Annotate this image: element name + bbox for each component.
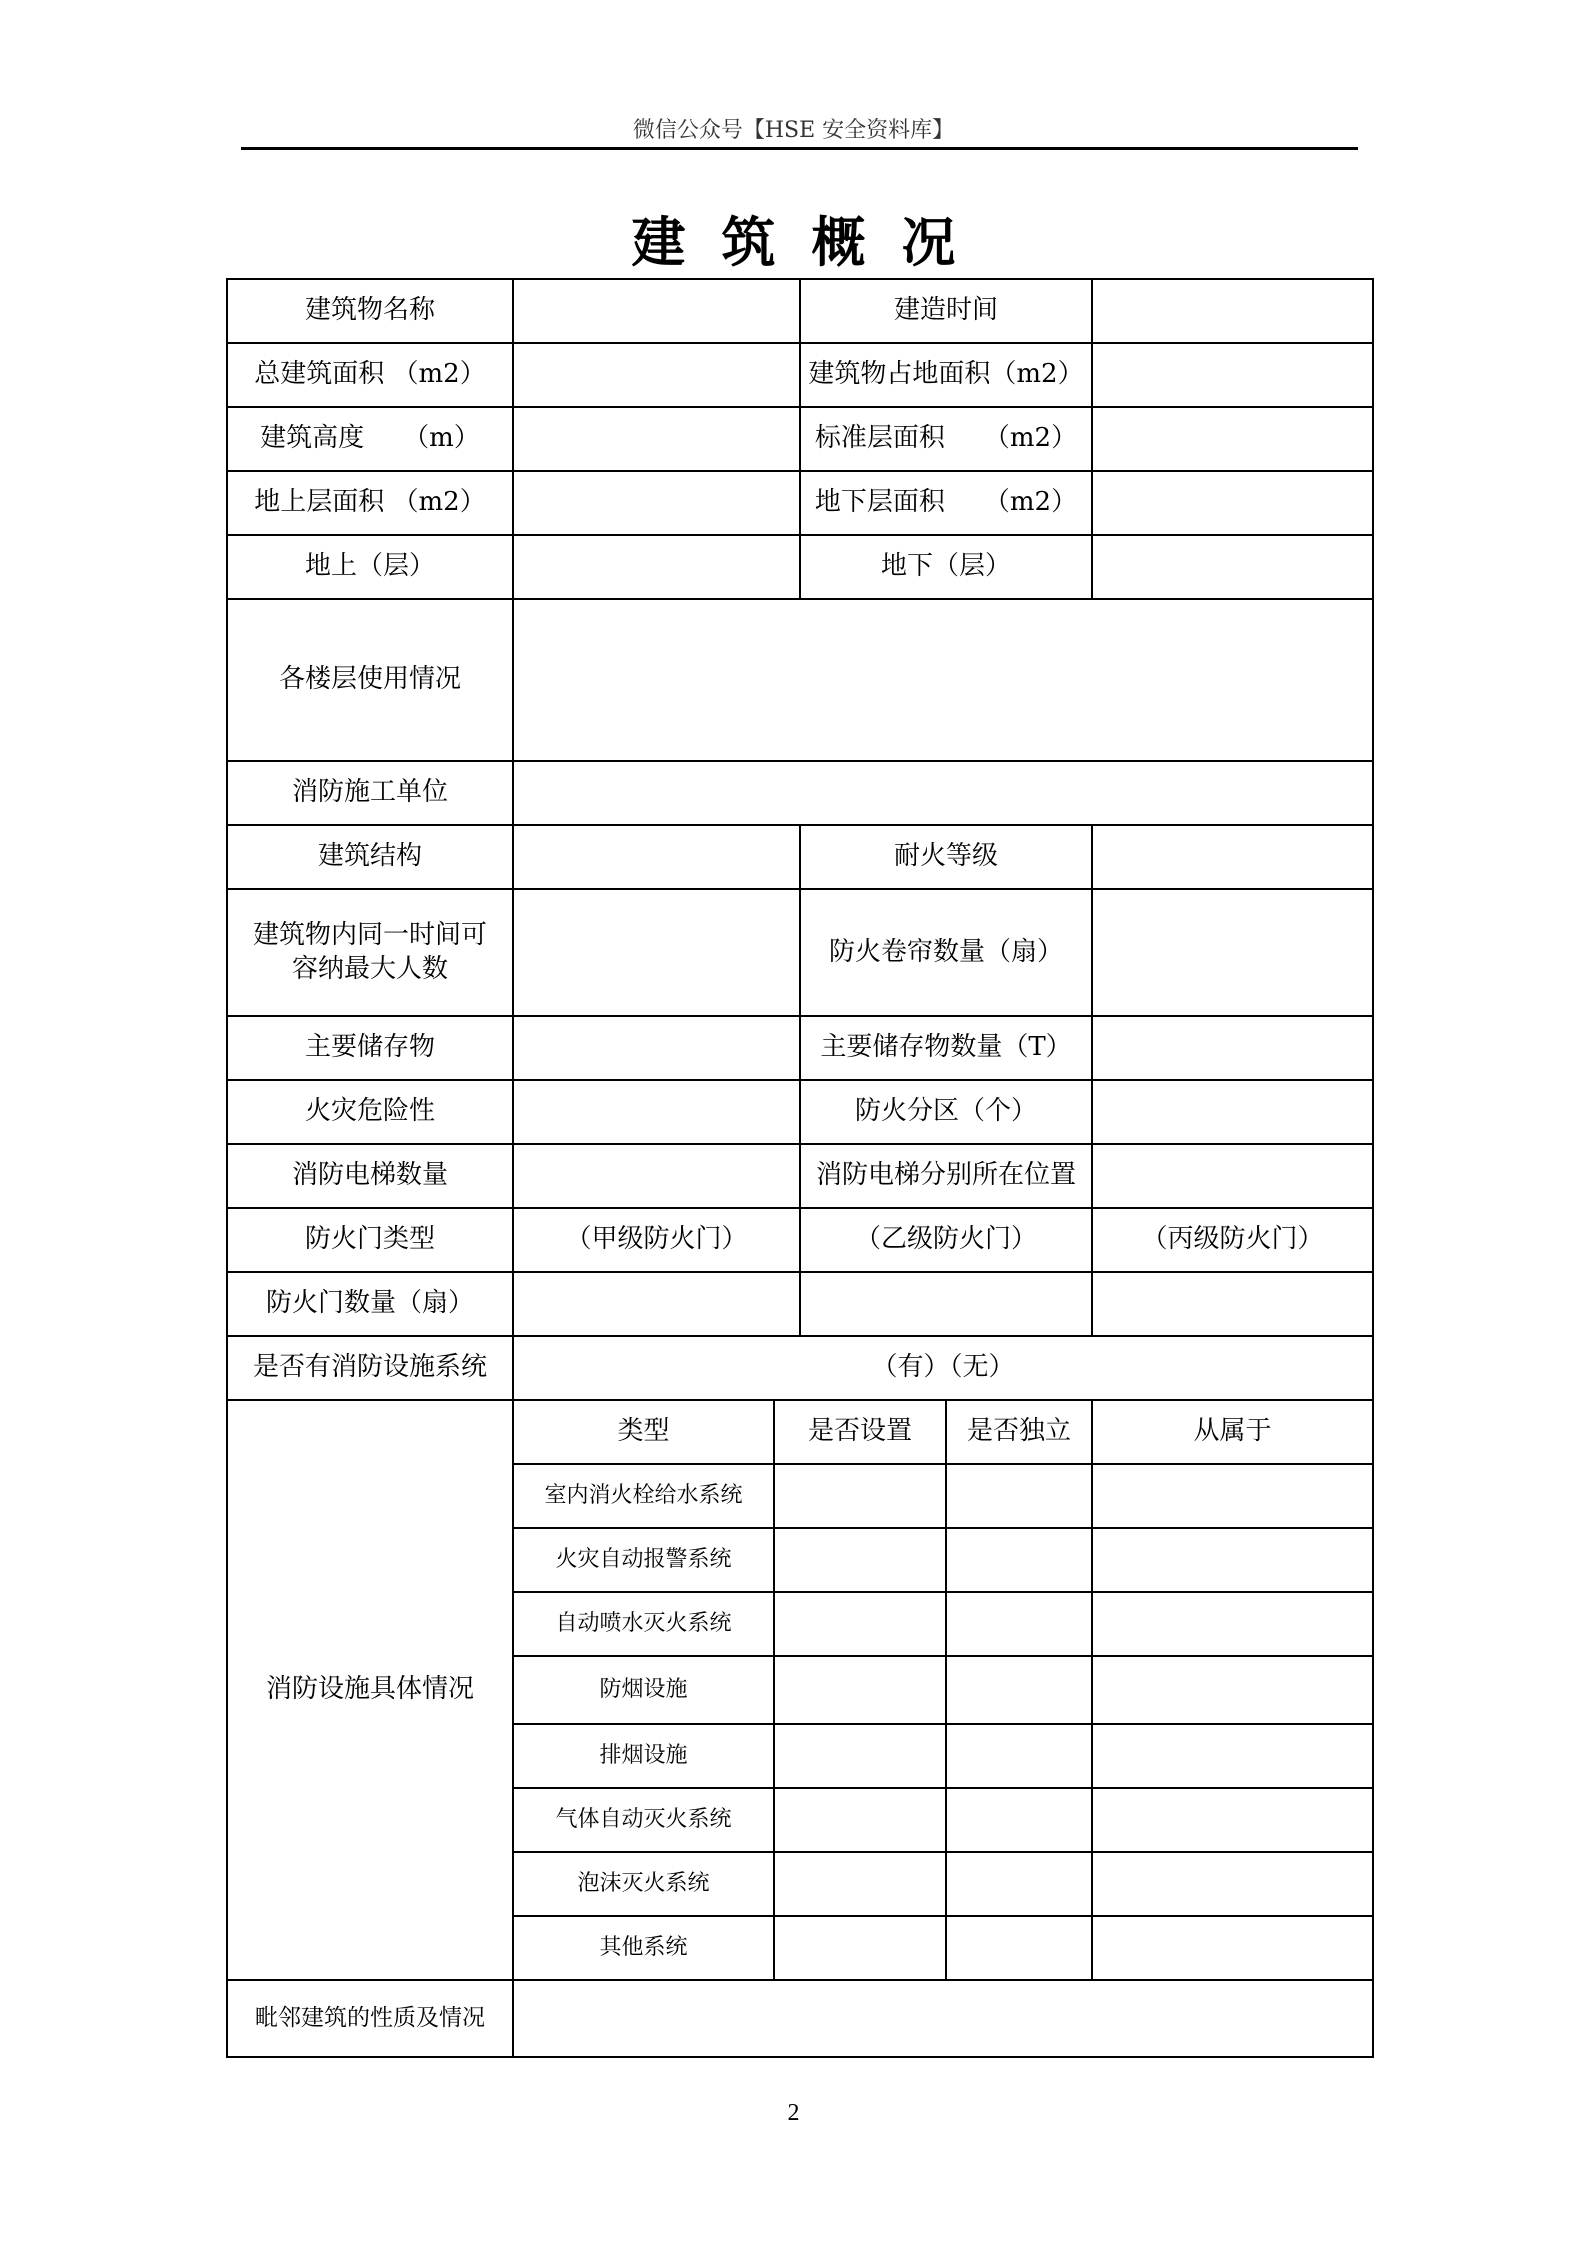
label-main-storage-qty: 主要储存物数量（T） [800,1016,1092,1080]
facility-installed[interactable] [774,1464,946,1528]
field-floor-usage[interactable] [513,599,1373,761]
field-fire-door-count-c[interactable] [1092,1272,1373,1336]
label-fire-contractor: 消防施工单位 [227,761,513,825]
facility-independent[interactable] [946,1916,1092,1980]
label-building-name: 建筑物名称 [227,279,513,343]
facility-installed[interactable] [774,1788,946,1852]
table-row: 消防施工单位 [227,761,1373,825]
table-row: 建筑结构 耐火等级 [227,825,1373,889]
table-row: 各楼层使用情况 [227,599,1373,761]
field-height[interactable] [513,407,800,471]
table-row: 消防电梯数量 消防电梯分别所在位置 [227,1144,1373,1208]
label-fire-elevator-location: 消防电梯分别所在位置 [800,1144,1092,1208]
label-fire-door-count: 防火门数量（扇） [227,1272,513,1336]
field-above-floor-area[interactable] [513,471,800,535]
field-below-floors[interactable] [1092,535,1373,599]
field-fire-hazard[interactable] [513,1080,800,1144]
facility-belongs-to[interactable] [1092,1724,1373,1788]
facility-independent[interactable] [946,1464,1092,1528]
field-fire-shutters[interactable] [1092,889,1373,1016]
field-total-area[interactable] [513,343,800,407]
facility-type: 泡沫灭火系统 [513,1852,774,1916]
table-row: 火灾危险性 防火分区（个） [227,1080,1373,1144]
field-standard-floor-area[interactable] [1092,407,1373,471]
field-has-fire-system[interactable]: （有）（无） [513,1336,1373,1400]
field-above-floors[interactable] [513,535,800,599]
label-floor-usage: 各楼层使用情况 [227,599,513,761]
facility-belongs-to[interactable] [1092,1528,1373,1592]
facility-independent[interactable] [946,1852,1092,1916]
label-has-fire-system: 是否有消防设施系统 [227,1336,513,1400]
label-structure: 建筑结构 [227,825,513,889]
table-row: 地上层面积 （m2） 地下层面积 （m2） [227,471,1373,535]
fire-door-class-c: （丙级防火门） [1092,1208,1373,1272]
table-row: 建筑物内同一时间可 容纳最大人数 防火卷帘数量（扇） [227,889,1373,1016]
header-independent: 是否独立 [946,1400,1092,1464]
header-type: 类型 [513,1400,774,1464]
facility-type: 气体自动灭火系统 [513,1788,774,1852]
label-total-area: 总建筑面积 （m2） [227,343,513,407]
facility-belongs-to[interactable] [1092,1852,1373,1916]
facility-belongs-to[interactable] [1092,1656,1373,1724]
fire-door-class-a: （甲级防火门） [513,1208,800,1272]
label-max-occupancy: 建筑物内同一时间可 容纳最大人数 [227,889,513,1016]
label-fire-door-type: 防火门类型 [227,1208,513,1272]
field-fire-door-count-a[interactable] [513,1272,800,1336]
facility-type: 其他系统 [513,1916,774,1980]
facility-belongs-to[interactable] [1092,1788,1373,1852]
facility-type: 排烟设施 [513,1724,774,1788]
table-row: 是否有消防设施系统 （有）（无） [227,1336,1373,1400]
label-footprint-area: 建筑物占地面积（m2） [800,343,1092,407]
field-main-storage-qty[interactable] [1092,1016,1373,1080]
facility-installed[interactable] [774,1592,946,1656]
facility-belongs-to[interactable] [1092,1916,1373,1980]
table-row: 防火门数量（扇） [227,1272,1373,1336]
facility-type: 火灾自动报警系统 [513,1528,774,1592]
label-max-occupancy-line2: 容纳最大人数 [228,953,512,987]
facility-independent[interactable] [946,1724,1092,1788]
facility-type: 室内消火栓给水系统 [513,1464,774,1528]
label-standard-floor-area: 标准层面积 （m2） [800,407,1092,471]
facilities-header-row: 消防设施具体情况 类型 是否设置 是否独立 从属于 [227,1400,1373,1464]
facility-type: 自动喷水灭火系统 [513,1592,774,1656]
field-max-occupancy[interactable] [513,889,800,1016]
table-row: 防火门类型 （甲级防火门） （乙级防火门） （丙级防火门） [227,1208,1373,1272]
building-overview-table: 建筑物名称 建造时间 总建筑面积 （m2） 建筑物占地面积（m2） 建筑高度 （… [226,278,1374,2058]
field-fire-contractor[interactable] [513,761,1373,825]
table-row: 毗邻建筑的性质及情况 [227,1980,1373,2057]
facility-independent[interactable] [946,1528,1092,1592]
table-row: 建筑物名称 建造时间 [227,279,1373,343]
label-below-floors: 地下（层） [800,535,1092,599]
field-structure[interactable] [513,825,800,889]
field-main-storage[interactable] [513,1016,800,1080]
field-fire-door-count-b[interactable] [800,1272,1092,1336]
facility-installed[interactable] [774,1528,946,1592]
label-main-storage: 主要储存物 [227,1016,513,1080]
table-row: 总建筑面积 （m2） 建筑物占地面积（m2） [227,343,1373,407]
facility-installed[interactable] [774,1916,946,1980]
field-footprint-area[interactable] [1092,343,1373,407]
label-height: 建筑高度 （m） [227,407,513,471]
label-below-floor-area: 地下层面积 （m2） [800,471,1092,535]
page-title: 建筑概况 [0,200,1587,277]
label-fire-zones: 防火分区（个） [800,1080,1092,1144]
label-fire-shutters: 防火卷帘数量（扇） [800,889,1092,1016]
facility-independent[interactable] [946,1656,1092,1724]
label-facilities: 消防设施具体情况 [227,1400,513,1980]
header-belongs-to: 从属于 [1092,1400,1373,1464]
facility-type: 防烟设施 [513,1656,774,1724]
page-number: 2 [0,2100,1587,2127]
fire-door-class-b: （乙级防火门） [800,1208,1092,1272]
field-adjacent-buildings[interactable] [513,1980,1373,2057]
facility-belongs-to[interactable] [1092,1592,1373,1656]
field-build-time[interactable] [1092,279,1373,343]
facility-belongs-to[interactable] [1092,1464,1373,1528]
facility-independent[interactable] [946,1592,1092,1656]
facility-independent[interactable] [946,1788,1092,1852]
field-fire-elevator-location[interactable] [1092,1144,1373,1208]
label-fire-hazard: 火灾危险性 [227,1080,513,1144]
label-fire-rating: 耐火等级 [800,825,1092,889]
label-adjacent-buildings: 毗邻建筑的性质及情况 [227,1980,513,2057]
label-above-floors: 地上（层） [227,535,513,599]
field-building-name[interactable] [513,279,800,343]
page-header: 微信公众号【HSE 安全资料库】 [0,113,1587,144]
field-below-floor-area[interactable] [1092,471,1373,535]
facility-installed[interactable] [774,1852,946,1916]
header-divider [241,147,1358,150]
label-max-occupancy-line1: 建筑物内同一时间可 [228,919,512,953]
label-fire-elevator-count: 消防电梯数量 [227,1144,513,1208]
field-fire-zones[interactable] [1092,1080,1373,1144]
field-fire-rating[interactable] [1092,825,1373,889]
table-row: 地上（层） 地下（层） [227,535,1373,599]
facility-installed[interactable] [774,1724,946,1788]
facility-installed[interactable] [774,1656,946,1724]
label-above-floor-area: 地上层面积 （m2） [227,471,513,535]
table-row: 建筑高度 （m） 标准层面积 （m2） [227,407,1373,471]
label-build-time: 建造时间 [800,279,1092,343]
field-fire-elevator-count[interactable] [513,1144,800,1208]
header-installed: 是否设置 [774,1400,946,1464]
table-row: 主要储存物 主要储存物数量（T） [227,1016,1373,1080]
